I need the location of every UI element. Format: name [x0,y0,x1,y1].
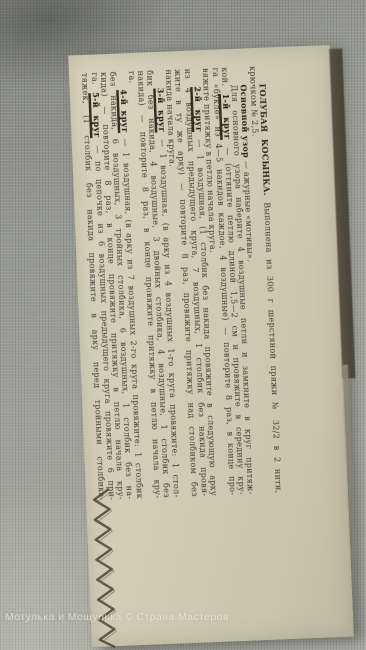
watermark: Мотулька и Мощулька © Страна Мастеров [5,611,229,623]
text-segment: кой. [220,67,230,94]
round-number-underlined: 5-й круг [90,92,102,138]
text-segment: га. [90,72,100,92]
pattern-page: ГОЛУБАЯ КОСЫНКА. Выполнена из 300 г шерс… [68,45,354,647]
text-segment: га. [127,71,136,84]
round-number-underlined: 1-й круг [221,93,233,139]
round-number-underlined: 2-й круг [192,86,204,132]
crochet-zigzag-diagram [88,486,120,649]
round-number-underlined: 3-й круг [155,88,167,133]
round-number-underlined: 4-й круг [118,89,130,133]
text-block: ГОЛУБАЯ КОСЫНКА. Выполнена из 300 г шерс… [80,66,283,501]
